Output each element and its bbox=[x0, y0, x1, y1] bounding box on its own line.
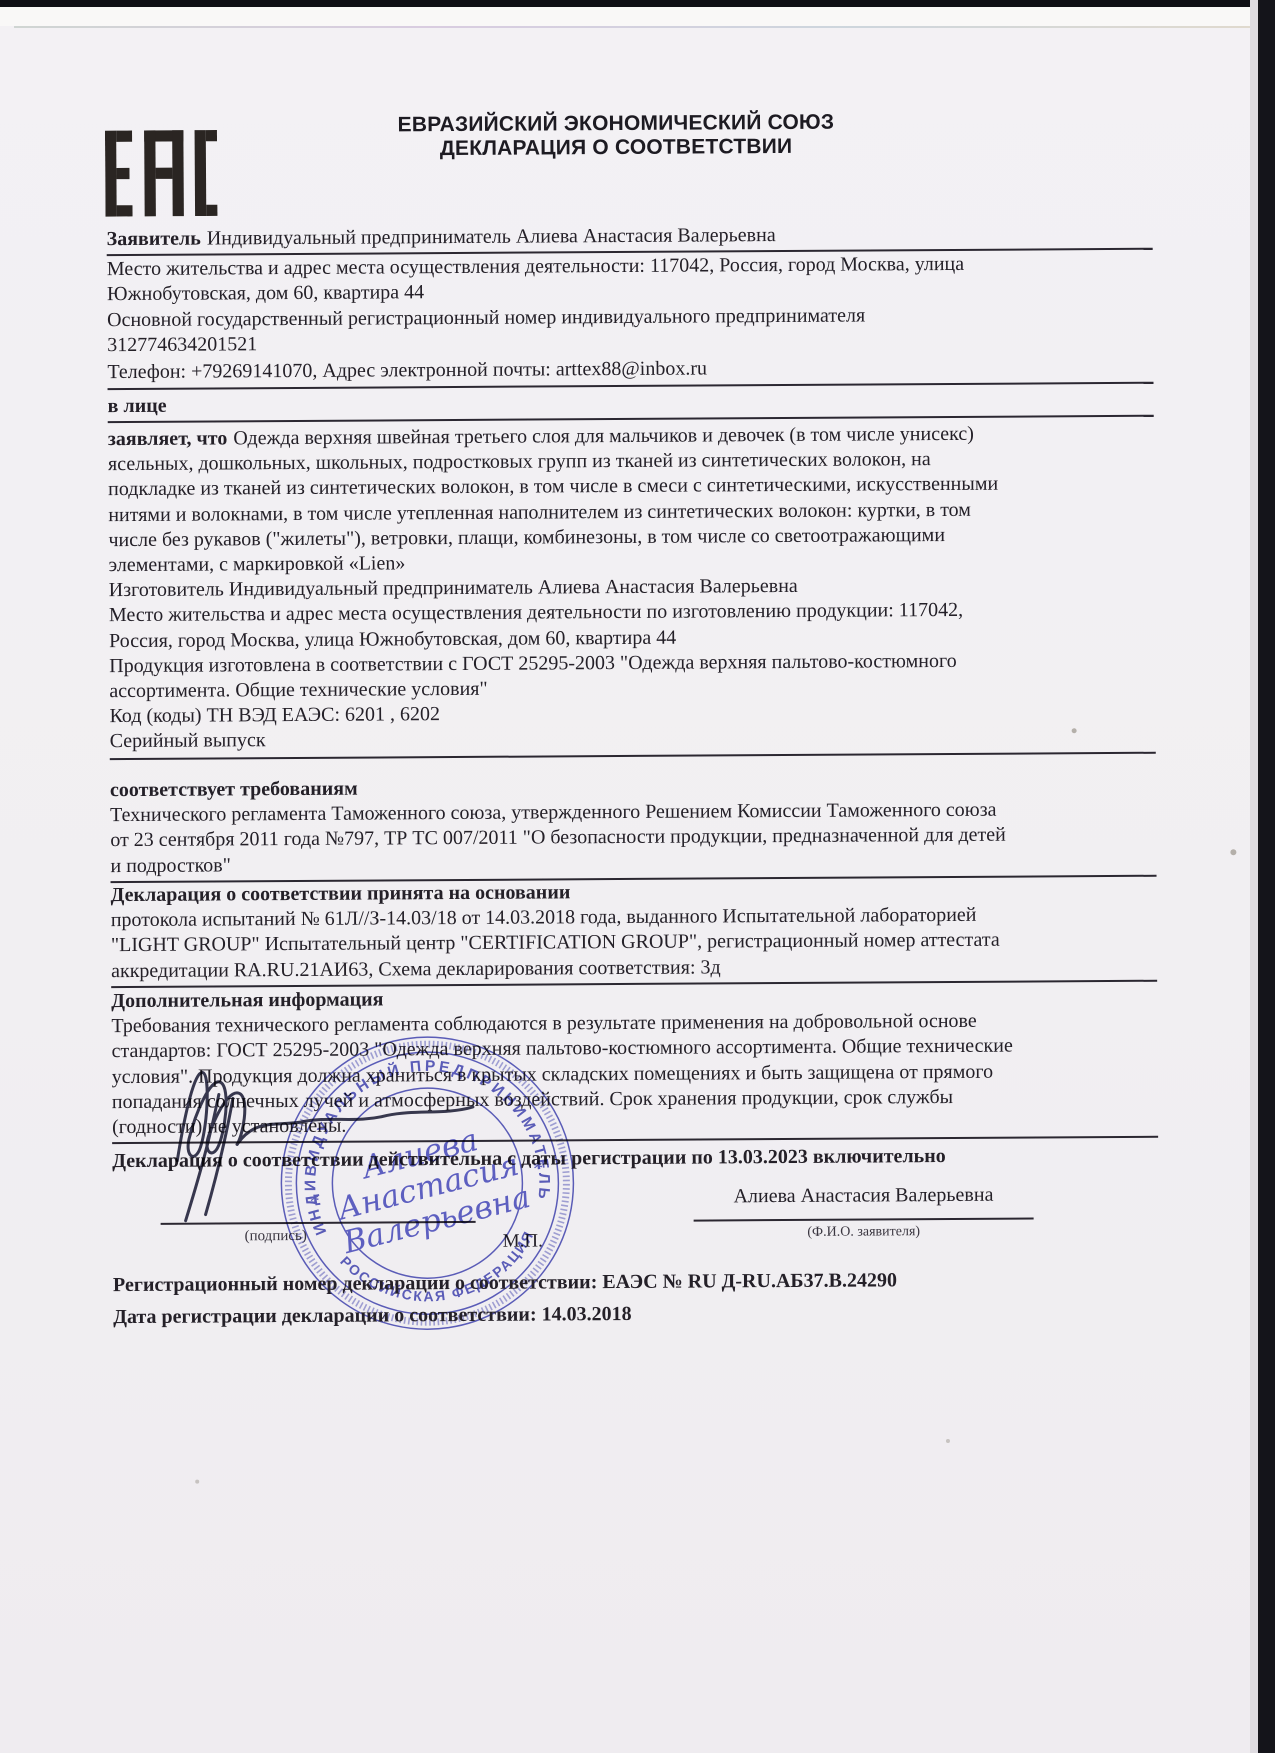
document-title: ДЕКЛАРАЦИЯ О СООТВЕТСТВИИ bbox=[296, 134, 936, 161]
applicant-fio-name: Алиева Анастасия Валерьевна bbox=[693, 1183, 1033, 1208]
document-header: ЕВРАЗИЙСКИЙ ЭКОНОМИЧЕСКИЙ СОЮЗ ДЕКЛАРАЦИ… bbox=[296, 110, 936, 161]
applicant-value: Индивидуальный предприниматель Алиева Ан… bbox=[207, 224, 776, 249]
applicant-contacts: Телефон: +79269141070, Адрес электронной… bbox=[107, 354, 1153, 391]
applicant-ogrn: Основной государственный регистрационный… bbox=[107, 302, 1153, 359]
compliance-text: Технического регламента Таможенного союз… bbox=[110, 797, 1156, 879]
product-declaration-block: заявляет, чтоОдежда верхняя швейная трет… bbox=[108, 421, 1156, 760]
scanned-page: ЕВРАЗИЙСКИЙ ЭКОНОМИЧЕСКИЙ СОЮЗ ДЕКЛАРАЦИ… bbox=[0, 0, 1275, 1753]
applicant-address-text: Место жительства и адрес места осуществл… bbox=[107, 253, 964, 305]
basis-text: протокола испытаний № 61Л//З-14.03/18 от… bbox=[111, 902, 1157, 984]
applicant-ogrn-text: Основной государственный регистрационный… bbox=[107, 305, 865, 357]
scan-speck bbox=[1230, 849, 1236, 855]
scan-speck bbox=[946, 1439, 950, 1443]
fio-line bbox=[694, 1217, 1034, 1221]
compliance-block: соответствует требованиям Технического р… bbox=[110, 772, 1157, 883]
declares-label: заявляет, что bbox=[108, 427, 234, 450]
basis-block: Декларация о соответствии принята на осн… bbox=[111, 877, 1158, 988]
in-person-row: в лице bbox=[108, 388, 1154, 424]
declaration-document: ЕВРАЗИЙСКИЙ ЭКОНОМИЧЕСКИЙ СОЮЗ ДЕКЛАРАЦИ… bbox=[0, 0, 1275, 1753]
applicant-label: Заявитель bbox=[107, 228, 207, 251]
product-paragraph: заявляет, чтоОдежда верхняя швейная трет… bbox=[108, 421, 1155, 579]
eac-logo bbox=[105, 126, 218, 220]
applicant-address: Место жительства и адрес места осуществл… bbox=[107, 251, 1153, 308]
registration-date-line: Дата регистрации декларации о соответств… bbox=[113, 1299, 1159, 1331]
registration-number-line: Регистрационный номер декларации о соотв… bbox=[113, 1267, 1159, 1299]
registration-number-text: Регистрационный номер декларации о соотв… bbox=[113, 1269, 897, 1296]
product-description: Одежда верхняя швейная третьего слоя для… bbox=[108, 423, 998, 576]
made-per-gost: Продукция изготовлена в соответствии с Г… bbox=[109, 648, 1155, 705]
scan-speck bbox=[1072, 728, 1077, 733]
scan-speck bbox=[195, 1480, 199, 1484]
registration-date-text: Дата регистрации декларации о соответств… bbox=[113, 1303, 632, 1328]
fio-caption: (Ф.И.О. заявителя) bbox=[694, 1223, 1034, 1241]
in-person-label: в лице bbox=[108, 395, 167, 417]
manufacturer-address: Место жительства и адрес места осуществл… bbox=[109, 597, 1155, 654]
applicant-phone-text: Телефон: +79269141070, Адрес электронной… bbox=[107, 357, 707, 383]
